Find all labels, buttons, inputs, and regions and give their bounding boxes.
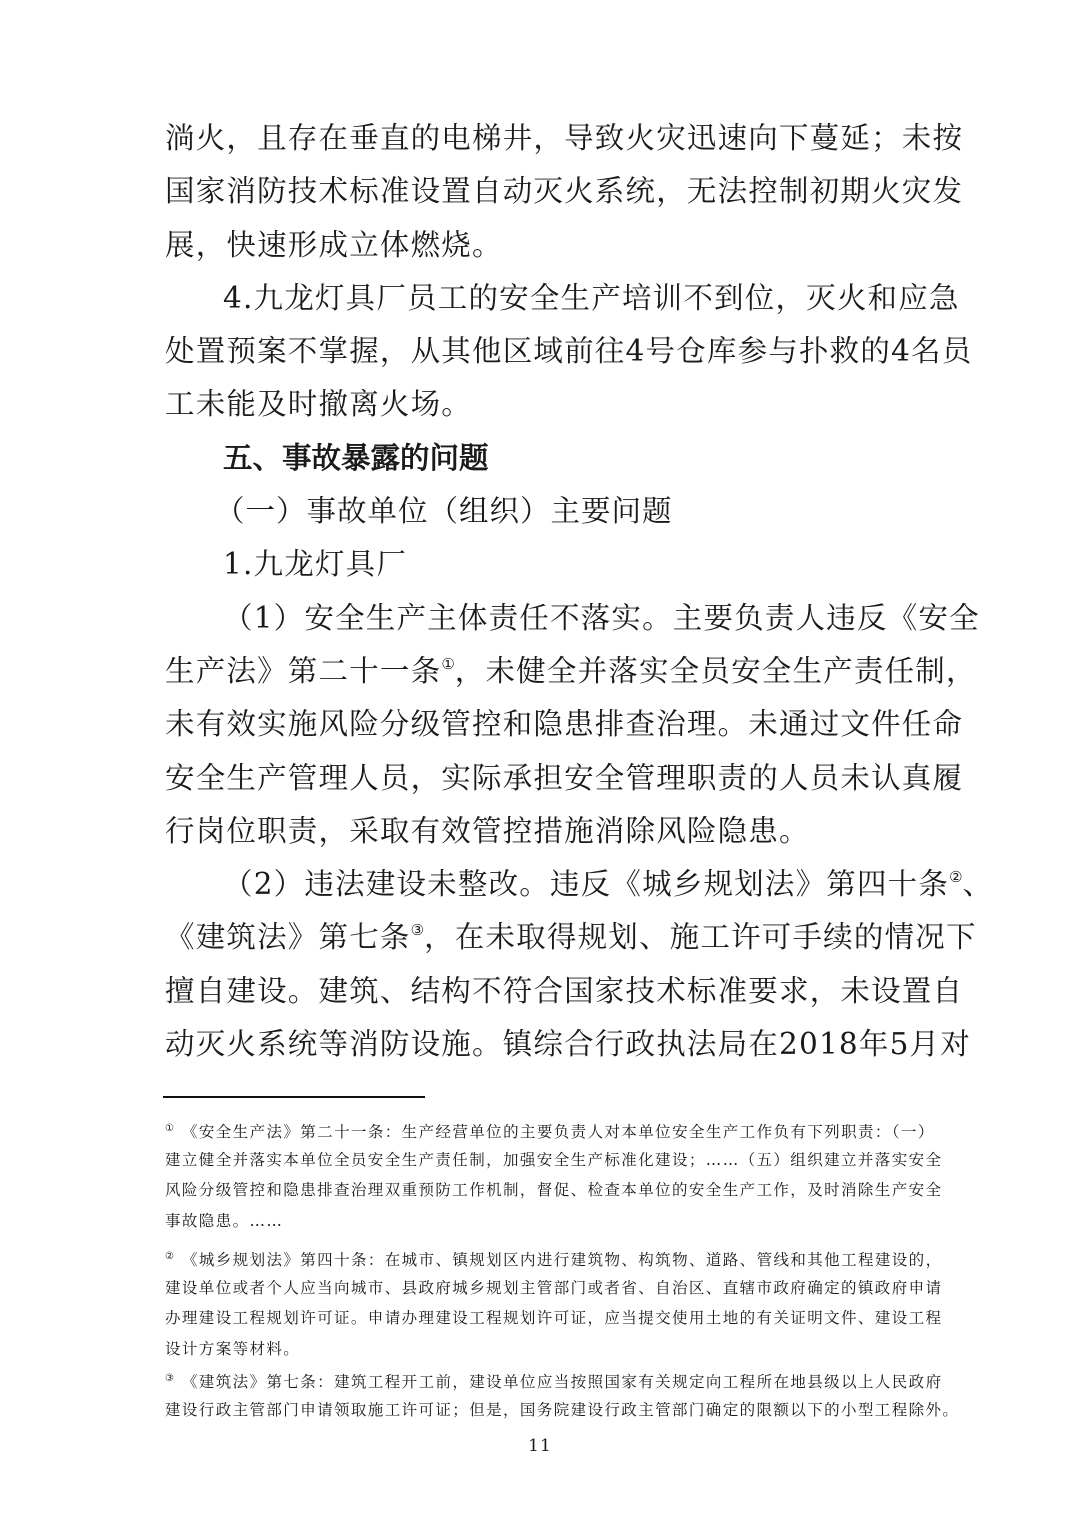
body-line: 未有效实施风险分级管控和隐患排查治理。未通过文件任命 [165,698,917,751]
footnote-line: ①《安全生产法》第二十一条：生产经营单位的主要负责人对本单位安全生产工作负有下列… [165,1114,917,1145]
document-page: 淌火，且存在垂直的电梯井，导致火灾迅速向下蔓延；未按 国家消防技术标准设置自动灭… [0,0,1080,1527]
footnote-3: ③《建筑法》第七条：建筑工程开工前，建设单位应当按照国家有关规定向工程所在地县级… [165,1364,917,1425]
footnote-mark: ① [165,1123,174,1134]
body-line: 4.九龙灯具厂员工的安全生产培训不到位，灭火和应急 [165,272,917,325]
footnote-line: 设计方案等材料。 [165,1334,917,1365]
body-text-span: （2）违法建设未整改。违反《城乡规划法》第四十条 [223,867,949,901]
body-line: （1）安全生产主体责任不落实。主要负责人违反《安全 [165,592,917,645]
body-text-span: 、 [963,867,994,901]
item-heading: 1.九龙灯具厂 [165,538,917,591]
footnote-ref-3[interactable]: ③ [411,921,424,939]
footnote-mark: ③ [165,1373,174,1384]
body-line: 安全生产管理人员，实际承担安全管理职责的人员未认真履 [165,752,917,805]
footnotes: ①《安全生产法》第二十一条：生产经营单位的主要负责人对本单位安全生产工作负有下列… [165,1114,917,1425]
body-line: （2）违法建设未整改。违反《城乡规划法》第四十条②、 [165,858,917,911]
footnote-text: 《城乡规划法》第四十条：在城市、镇规划区内进行建筑物、构筑物、道路、管线和其他工… [182,1251,943,1269]
footnote-ref-2[interactable]: ② [949,868,962,886]
footnote-text: 《安全生产法》第二十一条：生产经营单位的主要负责人对本单位安全生产工作负有下列职… [182,1123,935,1141]
footnote-separator [163,1096,425,1098]
body-text-span: 《建筑法》第七条 [165,920,411,954]
footnote-line: ②《城乡规划法》第四十条：在城市、镇规划区内进行建筑物、构筑物、道路、管线和其他… [165,1242,917,1273]
footnote-ref-1[interactable]: ① [441,655,454,673]
body-line: 《建筑法》第七条③，在未取得规划、施工许可手续的情况下 [165,911,917,964]
body-text-span: ，未健全并落实全员安全生产责任制， [455,654,977,688]
footnote-text: 《建筑法》第七条：建筑工程开工前，建设单位应当按照国家有关规定向工程所在地县级以… [182,1373,943,1391]
footnote-line: 事故隐患。…… [165,1206,917,1237]
footnote-2: ②《城乡规划法》第四十条：在城市、镇规划区内进行建筑物、构筑物、道路、管线和其他… [165,1242,917,1364]
footnote-line: 建设行政主管部门申请领取施工许可证；但是，国务院建设行政主管部门确定的限额以下的… [165,1395,917,1426]
footnote-line: 风险分级管控和隐患排查治理双重预防工作机制，督促、检查本单位的安全生产工作，及时… [165,1175,917,1206]
body-text-span: 生产法》第二十一条 [165,654,441,688]
page-number: 11 [0,1436,1080,1456]
body-text-span: ，在未取得规划、施工许可手续的情况下 [424,920,977,954]
footnote-mark: ② [165,1251,174,1262]
body-line: 处置预案不掌握，从其他区域前往4号仓库参与扑救的4名员 [165,325,917,378]
section-heading: 五、事故暴露的问题 [165,432,917,485]
body-text: 淌火，且存在垂直的电梯井，导致火灾迅速向下蔓延；未按 国家消防技术标准设置自动灭… [165,112,917,1071]
footnote-1: ①《安全生产法》第二十一条：生产经营单位的主要负责人对本单位安全生产工作负有下列… [165,1114,917,1236]
body-line: 动灭火系统等消防设施。镇综合行政执法局在2018年5月对 [165,1018,917,1071]
body-line: 展，快速形成立体燃烧。 [165,219,917,272]
footnote-line: 建设单位或者个人应当向城市、县政府城乡规划主管部门或者省、自治区、直辖市政府确定… [165,1273,917,1304]
footnote-line: ③《建筑法》第七条：建筑工程开工前，建设单位应当按照国家有关规定向工程所在地县级… [165,1364,917,1395]
body-line: 行岗位职责，采取有效管控措施消除风险隐患。 [165,805,917,858]
body-line: 国家消防技术标准设置自动灭火系统，无法控制初期火灾发 [165,165,917,218]
body-line: 生产法》第二十一条①，未健全并落实全员安全生产责任制， [165,645,917,698]
footnote-line: 建立健全并落实本单位全员安全生产责任制，加强安全生产标准化建设；……（五）组织建… [165,1145,917,1176]
body-line: 擅自建设。建筑、结构不符合国家技术标准要求，未设置自 [165,965,917,1018]
subsection-heading: （一）事故单位（组织）主要问题 [165,485,917,538]
footnote-line: 办理建设工程规划许可证。申请办理建设工程规划许可证，应当提交使用土地的有关证明文… [165,1303,917,1334]
body-line: 工未能及时撤离火场。 [165,378,917,431]
body-line: 淌火，且存在垂直的电梯井，导致火灾迅速向下蔓延；未按 [165,112,917,165]
